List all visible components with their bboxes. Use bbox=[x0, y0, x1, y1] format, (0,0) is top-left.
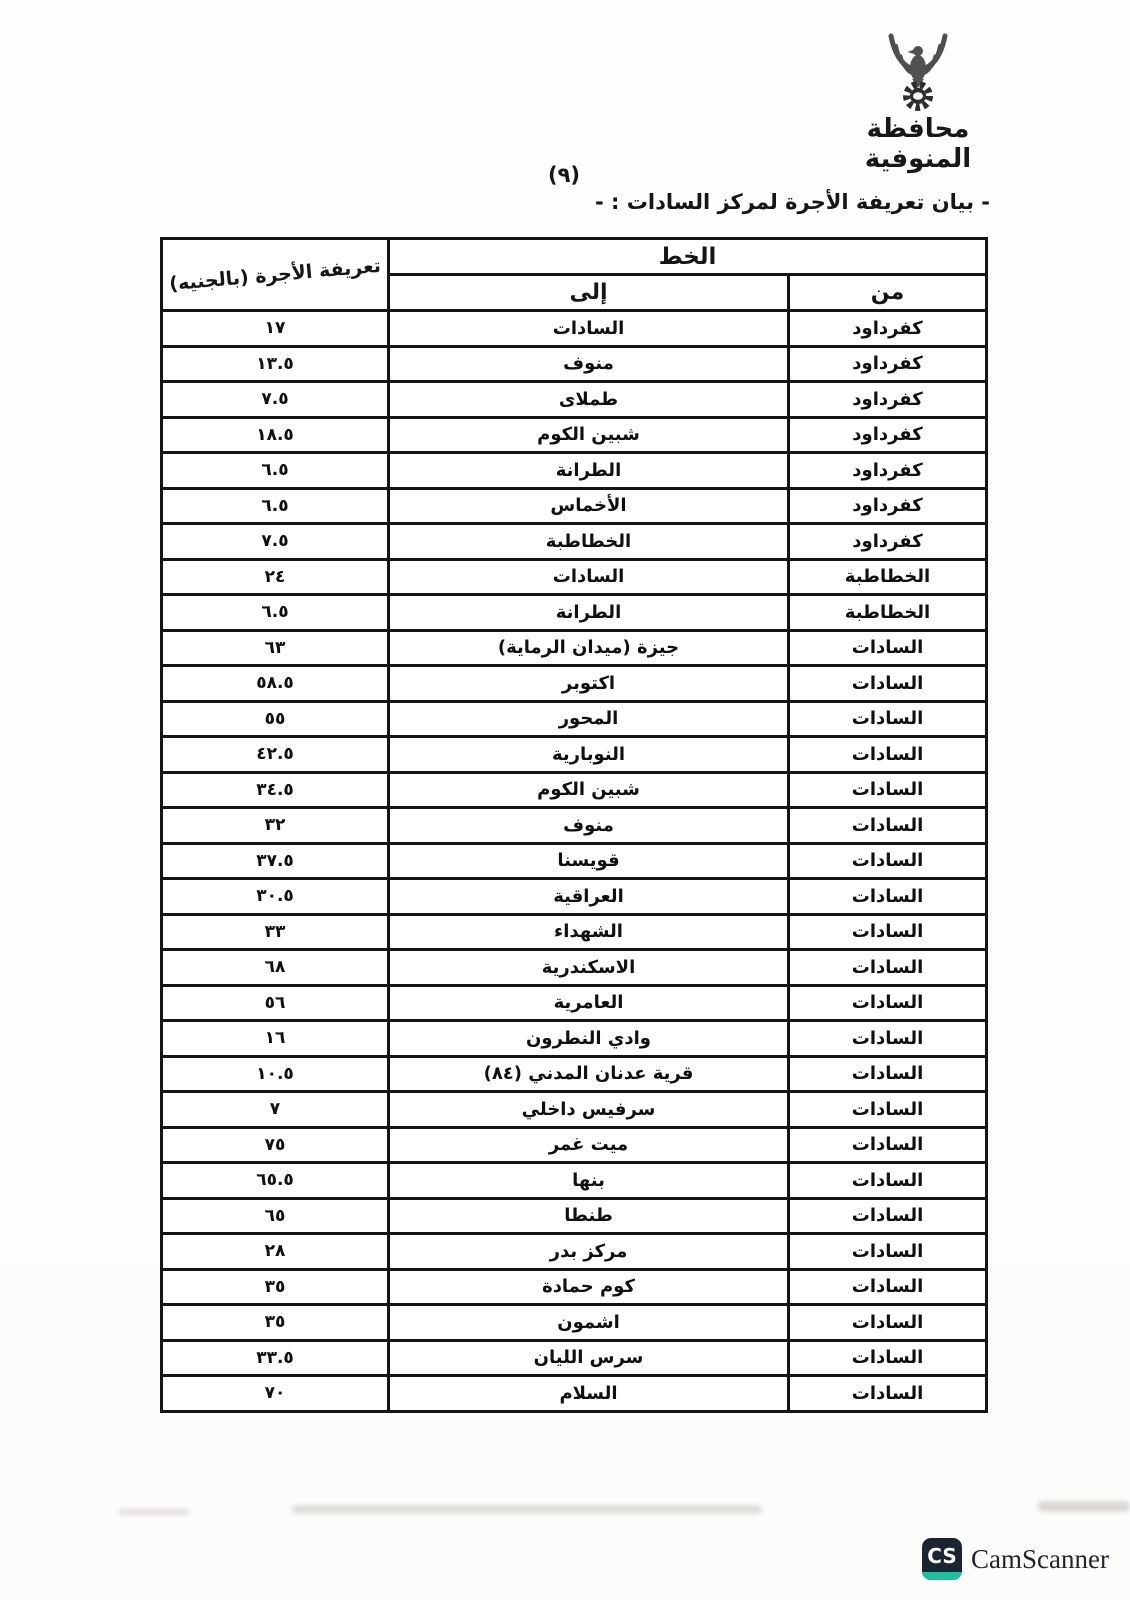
fare-cell: ٣٥ bbox=[162, 1269, 389, 1305]
fare-cell: ٦٣ bbox=[162, 630, 389, 666]
table-row: ١٨.٥ شبين الكوم كفرداود bbox=[162, 417, 987, 453]
fare-cell: ٣٣ bbox=[162, 914, 389, 950]
from-cell: كفرداود bbox=[789, 311, 987, 347]
table-row: ٦.٥ الطرانة كفرداود bbox=[162, 453, 987, 489]
to-cell: الطرانة bbox=[389, 595, 789, 631]
to-cell: مركز بدر bbox=[389, 1234, 789, 1270]
fare-cell: ٣٧.٥ bbox=[162, 843, 389, 879]
table-row: ٣٤.٥ شبين الكوم السادات bbox=[162, 772, 987, 808]
scan-artifact-smudge bbox=[118, 1509, 190, 1515]
fare-cell: ٧.٥ bbox=[162, 382, 389, 418]
col-header-fare: تعريفة الأجرة (بالجنيه) bbox=[162, 239, 389, 311]
from-cell: كفرداود bbox=[789, 524, 987, 560]
col-header-to: إلى bbox=[389, 275, 789, 311]
fare-cell: ١٧ bbox=[162, 311, 389, 347]
from-cell: السادات bbox=[789, 772, 987, 808]
fare-cell: ٧ bbox=[162, 1092, 389, 1128]
fare-cell: ٣٤.٥ bbox=[162, 772, 389, 808]
to-cell: شبين الكوم bbox=[389, 772, 789, 808]
camscanner-watermark: CS CamScanner bbox=[922, 1538, 1109, 1580]
from-cell: السادات bbox=[789, 1021, 987, 1057]
to-cell: ميت غمر bbox=[389, 1127, 789, 1163]
to-cell: الخطاطبة bbox=[389, 524, 789, 560]
to-cell: طنطا bbox=[389, 1198, 789, 1234]
table-row: ٣٠.٥ العراقية السادات bbox=[162, 879, 987, 915]
table-row: ٧ سرفيس داخلي السادات bbox=[162, 1092, 987, 1128]
from-cell: الخطاطبة bbox=[789, 595, 987, 631]
governorate-header: محافظة المنوفية bbox=[828, 24, 1008, 174]
from-cell: كفرداود bbox=[789, 417, 987, 453]
table-row: ٦.٥ الأخماس كفرداود bbox=[162, 488, 987, 524]
fare-cell: ٥٥ bbox=[162, 701, 389, 737]
fare-table: تعريفة الأجرة (بالجنيه) الخط إلى من ١٧ ا… bbox=[160, 237, 988, 1413]
from-cell: كفرداود bbox=[789, 488, 987, 524]
table-row: ١٦ وادي النطرون السادات bbox=[162, 1021, 987, 1057]
from-cell: السادات bbox=[789, 808, 987, 844]
table-row: ٧٠ السلام السادات bbox=[162, 1376, 987, 1412]
camscanner-label: CamScanner bbox=[971, 1544, 1109, 1575]
governorate-name: محافظة المنوفية bbox=[828, 114, 1008, 174]
from-cell: السادات bbox=[789, 1376, 987, 1412]
from-cell: السادات bbox=[789, 950, 987, 986]
to-cell: السادات bbox=[389, 311, 789, 347]
from-cell: السادات bbox=[789, 630, 987, 666]
to-cell: قرية عدنان المدني (٨٤) bbox=[389, 1056, 789, 1092]
to-cell: شبين الكوم bbox=[389, 417, 789, 453]
from-cell: السادات bbox=[789, 666, 987, 702]
to-cell: منوف bbox=[389, 808, 789, 844]
to-cell: النوبارية bbox=[389, 737, 789, 773]
fare-cell: ٦٥ bbox=[162, 1198, 389, 1234]
fare-cell: ٦٨ bbox=[162, 950, 389, 986]
table-row: ٣٥ اشمون السادات bbox=[162, 1305, 987, 1341]
to-cell: السادات bbox=[389, 559, 789, 595]
fare-cell: ٥٦ bbox=[162, 985, 389, 1021]
table-row: ٦٨ الاسكندرية السادات bbox=[162, 950, 987, 986]
from-cell: السادات bbox=[789, 1056, 987, 1092]
to-cell: المحور bbox=[389, 701, 789, 737]
fare-cell: ٢٤ bbox=[162, 559, 389, 595]
to-cell: قويسنا bbox=[389, 843, 789, 879]
table-row: ٤٢.٥ النوبارية السادات bbox=[162, 737, 987, 773]
from-cell: كفرداود bbox=[789, 453, 987, 489]
col-header-from: من bbox=[789, 275, 987, 311]
table-row: ٦٣ جيزة (ميدان الرماية) السادات bbox=[162, 630, 987, 666]
from-cell: كفرداود bbox=[789, 346, 987, 382]
from-cell: السادات bbox=[789, 1198, 987, 1234]
table-row: ٣٧.٥ قويسنا السادات bbox=[162, 843, 987, 879]
document-title: - بيان تعريفة الأجرة لمركز السادات : - bbox=[595, 190, 990, 214]
from-cell: السادات bbox=[789, 701, 987, 737]
to-cell: الطرانة bbox=[389, 453, 789, 489]
from-cell: السادات bbox=[789, 914, 987, 950]
from-cell: السادات bbox=[789, 985, 987, 1021]
scanned-document-page: محافظة المنوفية (٩) - بيان تعريفة الأجرة… bbox=[0, 0, 1130, 1600]
from-cell: كفرداود bbox=[789, 382, 987, 418]
to-cell: كوم حمادة bbox=[389, 1269, 789, 1305]
fare-cell: ١٨.٥ bbox=[162, 417, 389, 453]
to-cell: وادي النطرون bbox=[389, 1021, 789, 1057]
fare-cell: ٢٨ bbox=[162, 1234, 389, 1270]
to-cell: العامرية bbox=[389, 985, 789, 1021]
to-cell: سرس الليان bbox=[389, 1340, 789, 1376]
table-row: ٣٣ الشهداء السادات bbox=[162, 914, 987, 950]
table-row: ١٧ السادات كفرداود bbox=[162, 311, 987, 347]
to-cell: جيزة (ميدان الرماية) bbox=[389, 630, 789, 666]
from-cell: السادات bbox=[789, 879, 987, 915]
to-cell: اكتوبر bbox=[389, 666, 789, 702]
page-number: (٩) bbox=[524, 163, 604, 187]
fare-cell: ٧٥ bbox=[162, 1127, 389, 1163]
table-row: ٧.٥ الخطاطبة كفرداود bbox=[162, 524, 987, 560]
from-cell: السادات bbox=[789, 737, 987, 773]
to-cell: اشمون bbox=[389, 1305, 789, 1341]
from-cell: السادات bbox=[789, 1269, 987, 1305]
table-row: ٥٨.٥ اكتوبر السادات bbox=[162, 666, 987, 702]
to-cell: السلام bbox=[389, 1376, 789, 1412]
col-header-line: الخط bbox=[389, 239, 987, 275]
from-cell: السادات bbox=[789, 1340, 987, 1376]
fare-cell: ٣٠.٥ bbox=[162, 879, 389, 915]
eagle-gear-emblem-icon bbox=[877, 24, 959, 112]
to-cell: العراقية bbox=[389, 879, 789, 915]
to-cell: طملاى bbox=[389, 382, 789, 418]
from-cell: السادات bbox=[789, 1092, 987, 1128]
table-row: ١٣.٥ منوف كفرداود bbox=[162, 346, 987, 382]
table-row: ٢٨ مركز بدر السادات bbox=[162, 1234, 987, 1270]
fare-cell: ٧٠ bbox=[162, 1376, 389, 1412]
to-cell: سرفيس داخلي bbox=[389, 1092, 789, 1128]
fare-cell: ٧.٥ bbox=[162, 524, 389, 560]
from-cell: السادات bbox=[789, 1234, 987, 1270]
col-header-fare-label: تعريفة الأجرة (بالجنيه) bbox=[168, 254, 381, 294]
camscanner-logo-icon: CS bbox=[922, 1538, 962, 1580]
to-cell: بنها bbox=[389, 1163, 789, 1199]
fare-cell: ٤٢.٥ bbox=[162, 737, 389, 773]
to-cell: منوف bbox=[389, 346, 789, 382]
fare-cell: ٦.٥ bbox=[162, 453, 389, 489]
fare-cell: ٣٣.٥ bbox=[162, 1340, 389, 1376]
from-cell: الخطاطبة bbox=[789, 559, 987, 595]
table-header-row-line: تعريفة الأجرة (بالجنيه) الخط bbox=[162, 239, 987, 275]
fare-cell: ٥٨.٥ bbox=[162, 666, 389, 702]
from-cell: السادات bbox=[789, 843, 987, 879]
table-row: ٦٥ طنطا السادات bbox=[162, 1198, 987, 1234]
scan-artifact-smudge bbox=[1038, 1501, 1130, 1512]
table-row: ١٠.٥ قرية عدنان المدني (٨٤) السادات bbox=[162, 1056, 987, 1092]
fare-cell: ٣٢ bbox=[162, 808, 389, 844]
fare-cell: ٦.٥ bbox=[162, 595, 389, 631]
from-cell: السادات bbox=[789, 1127, 987, 1163]
table-row: ٥٦ العامرية السادات bbox=[162, 985, 987, 1021]
to-cell: الاسكندرية bbox=[389, 950, 789, 986]
from-cell: السادات bbox=[789, 1305, 987, 1341]
fare-cell: ١٣.٥ bbox=[162, 346, 389, 382]
camscanner-badge-accent bbox=[922, 1572, 962, 1580]
fare-cell: ١٦ bbox=[162, 1021, 389, 1057]
table-row: ٣٥ كوم حمادة السادات bbox=[162, 1269, 987, 1305]
table-row: ٧.٥ طملاى كفرداود bbox=[162, 382, 987, 418]
table-row: ٦٥.٥ بنها السادات bbox=[162, 1163, 987, 1199]
fare-cell: ٦٥.٥ bbox=[162, 1163, 389, 1199]
fare-table-body: ١٧ السادات كفرداود ١٣.٥ منوف كفرداود ٧.٥… bbox=[162, 311, 987, 1412]
fare-cell: ٣٥ bbox=[162, 1305, 389, 1341]
table-row: ٧٥ ميت غمر السادات bbox=[162, 1127, 987, 1163]
camscanner-badge-text: CS bbox=[927, 1544, 956, 1568]
to-cell: الشهداء bbox=[389, 914, 789, 950]
to-cell: الأخماس bbox=[389, 488, 789, 524]
table-row: ٣٣.٥ سرس الليان السادات bbox=[162, 1340, 987, 1376]
table-row: ٥٥ المحور السادات bbox=[162, 701, 987, 737]
fare-cell: ٦.٥ bbox=[162, 488, 389, 524]
table-row: ٣٢ منوف السادات bbox=[162, 808, 987, 844]
table-row: ٦.٥ الطرانة الخطاطبة bbox=[162, 595, 987, 631]
scan-artifact-smudge bbox=[292, 1505, 762, 1514]
fare-cell: ١٠.٥ bbox=[162, 1056, 389, 1092]
from-cell: السادات bbox=[789, 1163, 987, 1199]
table-row: ٢٤ السادات الخطاطبة bbox=[162, 559, 987, 595]
